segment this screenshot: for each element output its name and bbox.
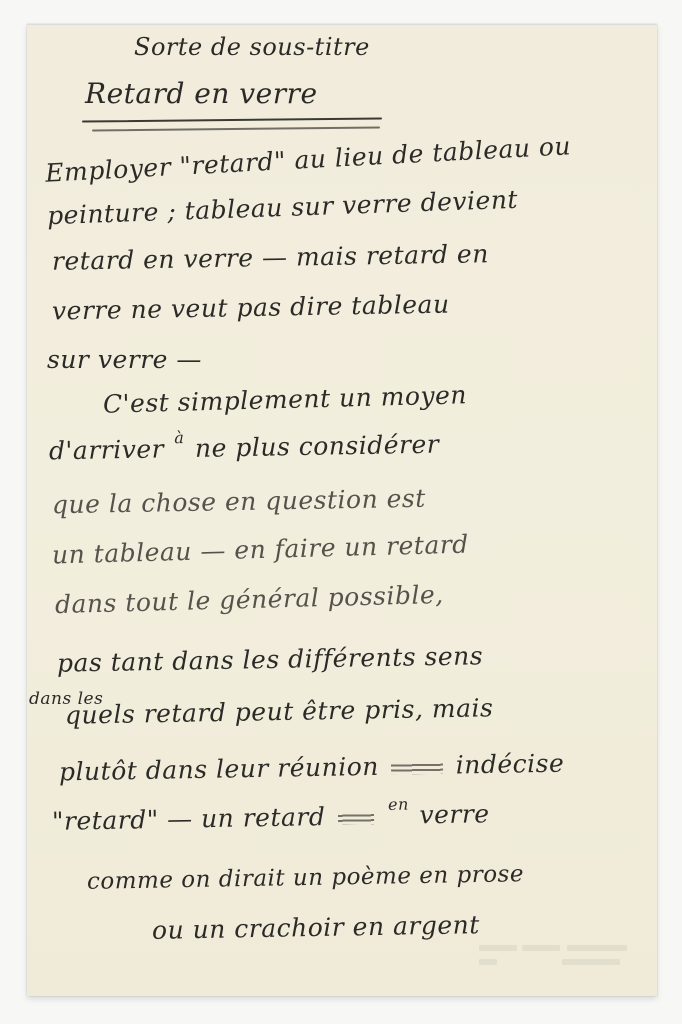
line-7-post: ne plus considérer (195, 430, 440, 463)
manuscript-line-8: que la chose en question est (52, 484, 426, 520)
bleed-through-mark (562, 959, 620, 965)
superscript-insertion: en (388, 795, 409, 814)
line-14-post: verre (419, 799, 490, 829)
manuscript-line-6: C'est simplement un moyen (103, 380, 468, 419)
manuscript-line-4: verre ne veut pas dire tableau (52, 290, 450, 326)
bleed-through-mark (567, 945, 627, 951)
manuscript-line-3: retard en verre — mais retard en (52, 239, 489, 276)
struck-out-word-2 (338, 812, 374, 825)
bleed-through-mark (479, 945, 517, 951)
manuscript-line-1: Employer "retard" au lieu de tableau ou (45, 131, 572, 188)
manuscript-line-14: "retard" — un retard en verre (52, 799, 490, 836)
title-underline (82, 117, 382, 122)
line-13-post: indécise (456, 749, 565, 780)
manuscript-line-7: d'arriver à ne plus considérer (49, 430, 440, 466)
title-underline-second (92, 126, 380, 131)
manuscript-line-10: dans tout le général possible, (55, 580, 444, 619)
manuscript-line-11: pas tant dans les différents sens (57, 641, 484, 677)
bleed-through-mark (522, 945, 560, 951)
manuscript-line-9: un tableau — en faire un retard (52, 530, 469, 570)
manuscript-line-12: quels retard peut être pris, mais (65, 693, 494, 729)
manuscript-line-15: comme on dirait un poème en prose (87, 861, 524, 895)
subheading: Sorte de sous-titre (134, 33, 370, 61)
manuscript-line-16: ou un crachoir en argent (152, 910, 480, 945)
manuscript-line-2: peinture ; tableau sur verre devient (47, 185, 519, 230)
line-7-pre: d'arriver (49, 434, 165, 465)
manuscript-line-5: sur verre — (47, 345, 202, 374)
title: Retard en verre (85, 77, 318, 110)
struck-out-word (391, 761, 443, 774)
line-13-pre: plutôt dans leur réunion (59, 752, 379, 787)
caret-insertion: à (174, 428, 184, 447)
line-14-pre: "retard" — un retard (52, 802, 326, 836)
bleed-through-mark (479, 959, 497, 965)
manuscript-line-13: plutôt dans leur réunion indécise (59, 749, 565, 787)
manuscript-page: Sorte de sous-titre Retard en verre Empl… (27, 24, 657, 996)
